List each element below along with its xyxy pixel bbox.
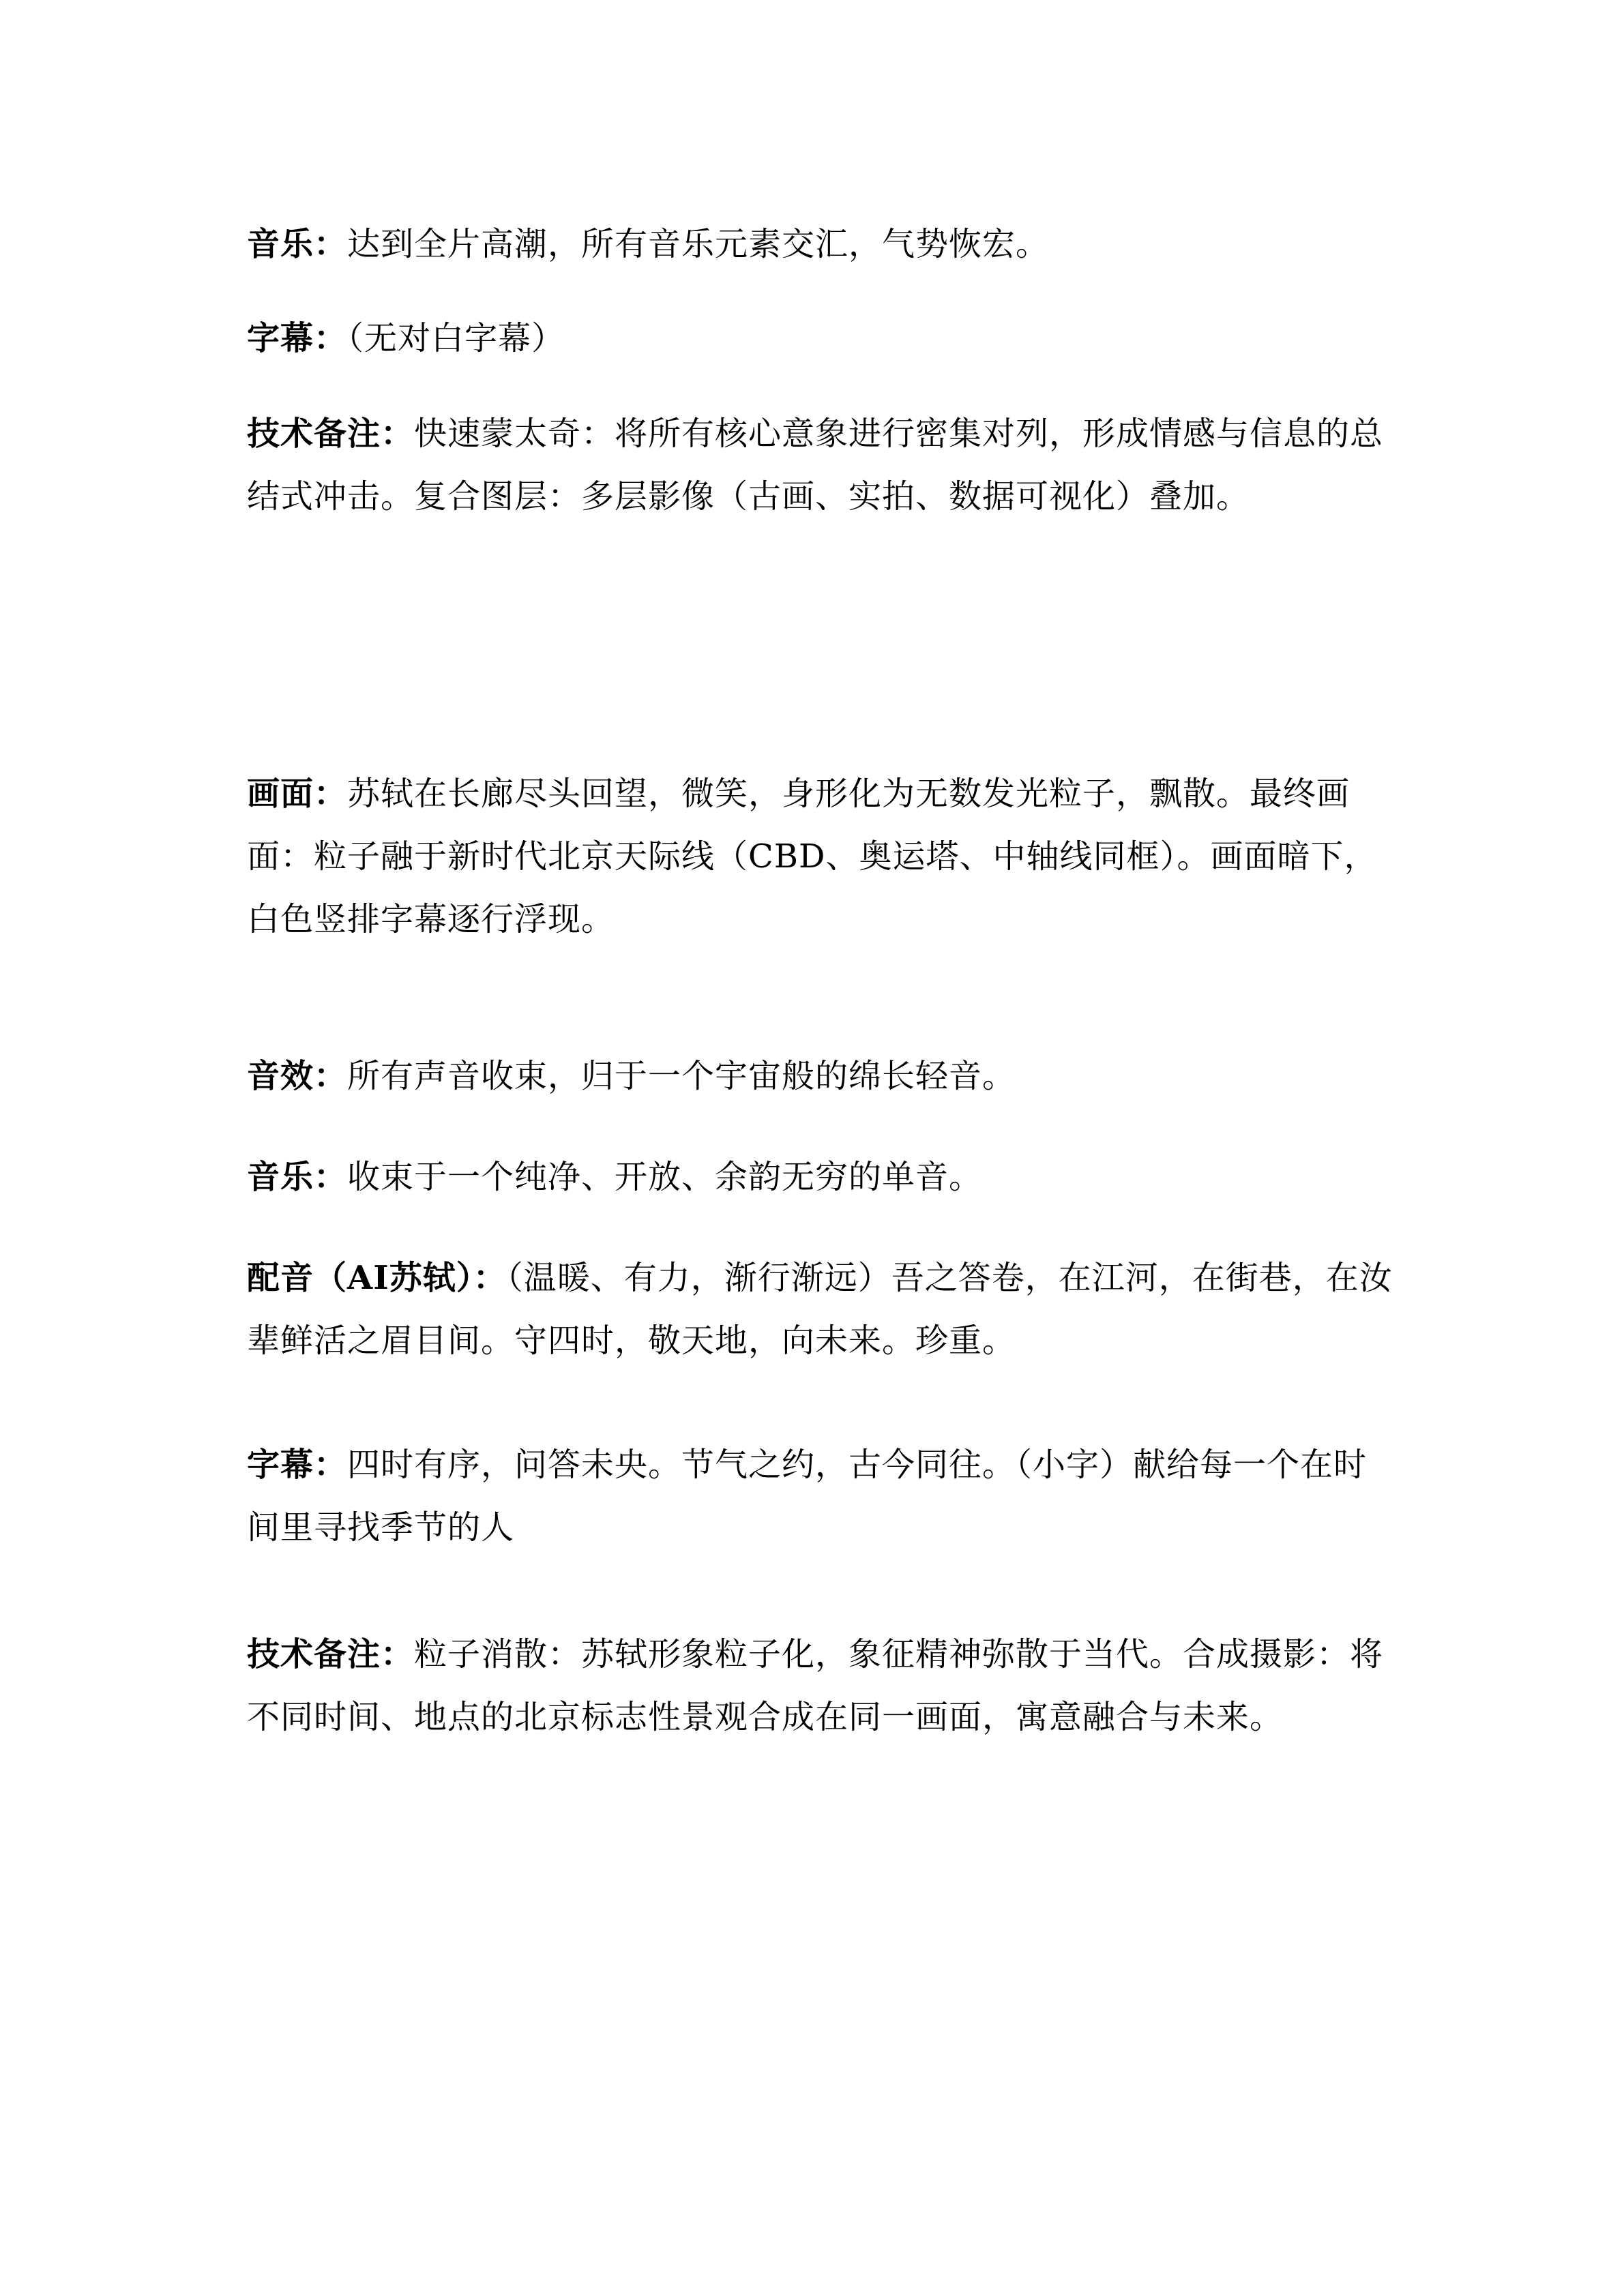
paragraph-subtitle-final: 字幕：四时有序，问答未央。节气之约，古今同往。（小字）献给每一个在时间里寻找季节… (247, 1433, 1393, 1559)
paragraph-text: 快速蒙太奇：将所有核心意象进行密集对列，形成情感与信息的总结式冲击。复合图层：多… (247, 415, 1383, 516)
paragraph-voiceover: 配音（AI苏轼）：（温暖、有力，渐行渐远）吾之答卷，在江河，在街巷，在汝辈鲜活之… (247, 1247, 1393, 1372)
paragraph-text: 苏轼在长廊尽头回望，微笑，身形化为无数发光粒子，飘散。最终画面：粒子融于新时代北… (247, 775, 1378, 938)
paragraph-label: 配音（AI苏轼）： (247, 1259, 507, 1297)
paragraph-music-climax: 音乐：达到全片高潮，所有音乐元素交汇，气势恢宏。 (247, 213, 1393, 275)
paragraph-text: 粒子消散：苏轼形象粒子化，象征精神弥散于当代。合成摄影：将不同时间、地点的北京标… (247, 1635, 1383, 1736)
paragraph-text: 收束于一个纯净、开放、余韵无穷的单音。 (347, 1158, 982, 1196)
paragraph-label: 画面： (247, 775, 347, 813)
paragraph-label: 技术备注： (247, 415, 414, 453)
paragraph-visual-final: 画面：苏轼在长廊尽头回望，微笑，身形化为无数发光粒子，飘散。最终画面：粒子融于新… (247, 762, 1393, 951)
paragraph-label: 音乐： (247, 1158, 347, 1196)
paragraph-text: （无对白字幕） (347, 319, 565, 357)
paragraph-text: 四时有序，问答未央。节气之约，古今同往。（小字）献给每一个在时间里寻找季节的人 (247, 1446, 1367, 1547)
paragraph-sound-effect: 音效：所有声音收束，归于一个宇宙般的绵长轻音。 (247, 1045, 1393, 1107)
paragraph-label: 字幕： (247, 319, 347, 357)
paragraph-text: 达到全片高潮，所有音乐元素交汇，气势恢宏。 (347, 225, 1049, 263)
paragraph-tech-note-particles: 技术备注：粒子消散：苏轼形象粒子化，象征精神弥散于当代。合成摄影：将不同时间、地… (247, 1623, 1393, 1748)
paragraph-label: 技术备注： (247, 1635, 414, 1673)
paragraph-text: 所有声音收束，归于一个宇宙般的绵长轻音。 (347, 1057, 1016, 1095)
paragraph-label: 字幕： (247, 1446, 347, 1484)
paragraph-label: 音乐： (247, 225, 347, 263)
paragraph-tech-note-montage: 技术备注：快速蒙太奇：将所有核心意象进行密集对列，形成情感与信息的总结式冲击。复… (247, 402, 1393, 528)
paragraph-label: 音效： (247, 1057, 347, 1095)
paragraph-music-ending: 音乐：收束于一个纯净、开放、余韵无穷的单音。 (247, 1146, 1393, 1208)
paragraph-subtitle-none: 字幕：（无对白字幕） (247, 307, 1393, 370)
